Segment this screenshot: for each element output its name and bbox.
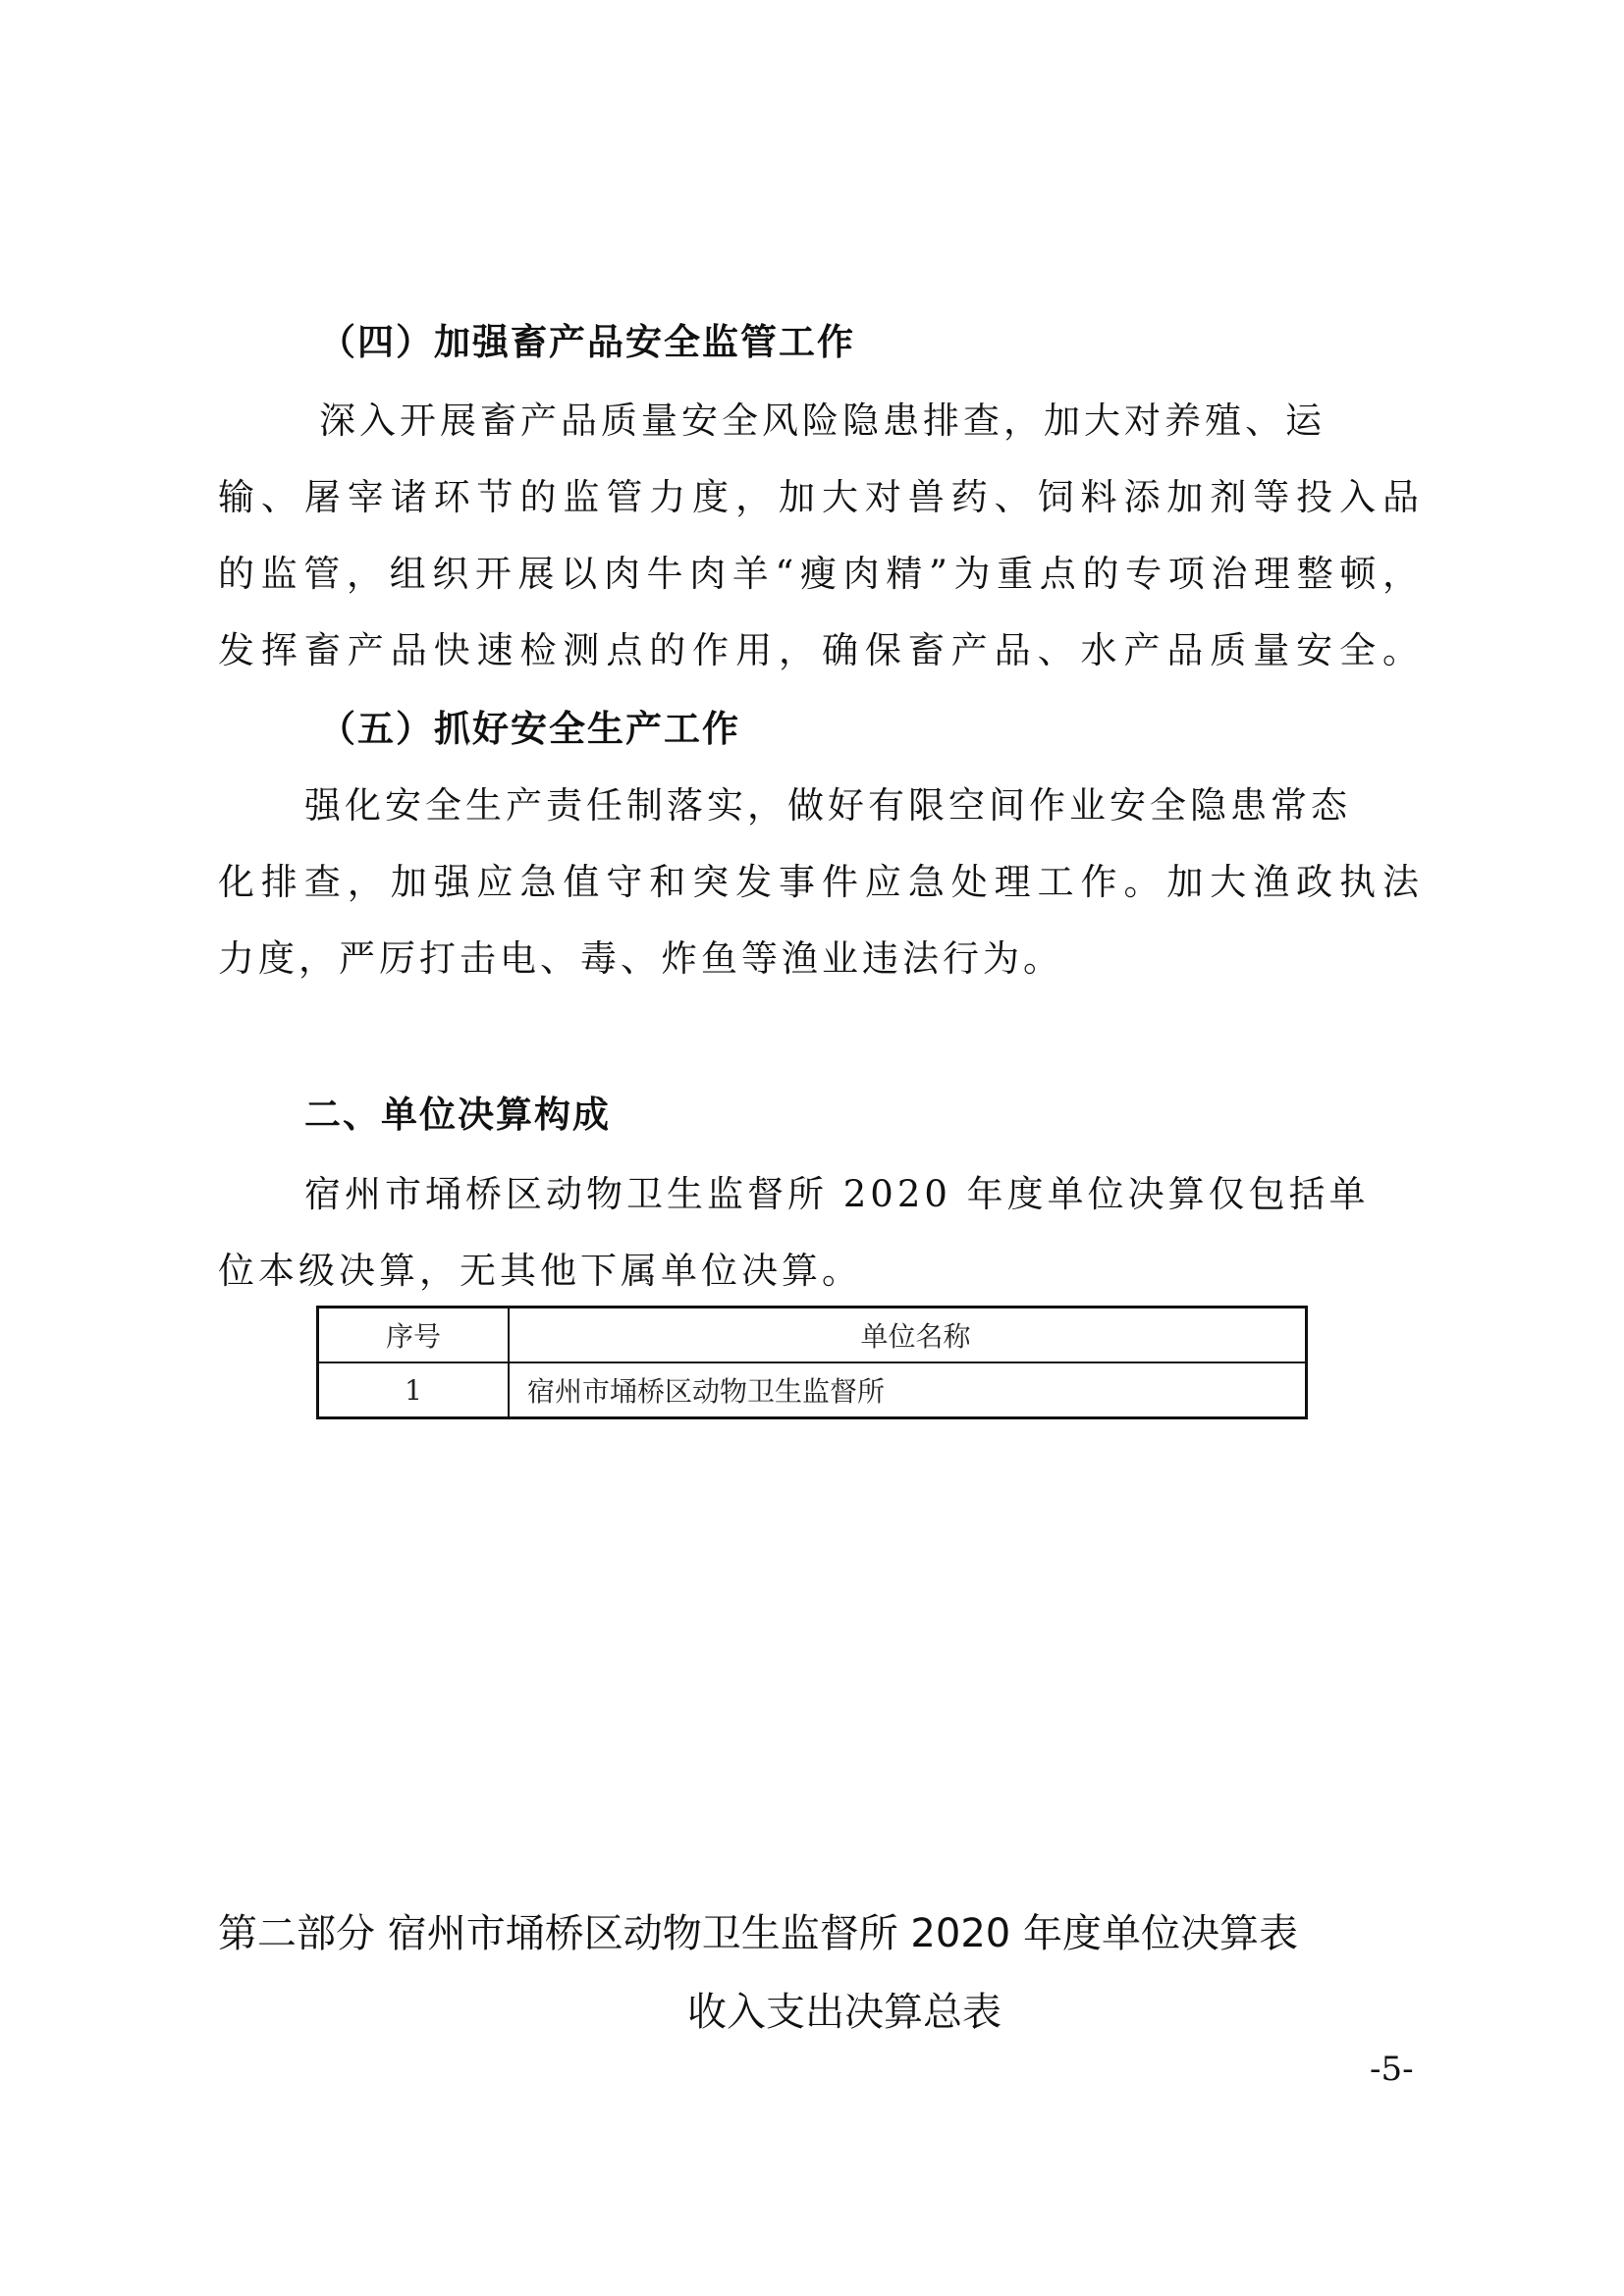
part-two-title: 第二部分 宿州市埇桥区动物卫生监督所 2020 年度单位决算表 bbox=[218, 1902, 1298, 1958]
table-subtitle: 收入支出决算总表 bbox=[687, 1981, 1001, 2037]
table-row: 1 宿州市埇桥区动物卫生监督所 bbox=[318, 1362, 1307, 1418]
paragraph-line: 输、屠宰诸环节的监管力度，加大对兽药、饲料添加剂等投入品 bbox=[218, 467, 1423, 520]
unit-table: 序号 单位名称 1 宿州市埇桥区动物卫生监督所 bbox=[316, 1306, 1308, 1419]
header-index: 序号 bbox=[318, 1308, 510, 1363]
page-number: -5- bbox=[1370, 2050, 1414, 2089]
section-heading-5: （五）抓好安全生产工作 bbox=[319, 699, 740, 752]
table-header-row: 序号 单位名称 bbox=[318, 1308, 1307, 1363]
header-unit-name: 单位名称 bbox=[509, 1308, 1307, 1363]
paragraph-line: 宿州市埇桥区动物卫生监督所 2020 年度单位决算仅包括单 bbox=[304, 1164, 1370, 1217]
part-heading: 二、单位决算构成 bbox=[304, 1085, 611, 1138]
paragraph-line: 深入开展畜产品质量安全风险隐患排查，加大对养殖、运 bbox=[319, 391, 1326, 444]
paragraph-line: 的监管，组织开展以肉牛肉羊“瘦肉精”为重点的专项治理整顿， bbox=[218, 544, 1423, 597]
paragraph-line: 力度，严厉打击电、毒、炸鱼等渔业违法行为。 bbox=[218, 929, 1063, 982]
paragraph-line: 化排查，加强应急值守和突发事件应急处理工作。加大渔政执法 bbox=[218, 852, 1423, 905]
cell-index: 1 bbox=[318, 1362, 510, 1418]
cell-unit-name: 宿州市埇桥区动物卫生监督所 bbox=[509, 1362, 1307, 1418]
paragraph-line: 位本级决算，无其他下属单位决算。 bbox=[218, 1241, 862, 1294]
paragraph-line: 强化安全生产责任制落实，做好有限空间作业安全隐患常态 bbox=[304, 775, 1351, 828]
section-heading-4: （四）加强畜产品安全监管工作 bbox=[319, 312, 855, 365]
paragraph-line: 发挥畜产品快速检测点的作用，确保畜产品、水产品质量安全。 bbox=[218, 620, 1423, 673]
